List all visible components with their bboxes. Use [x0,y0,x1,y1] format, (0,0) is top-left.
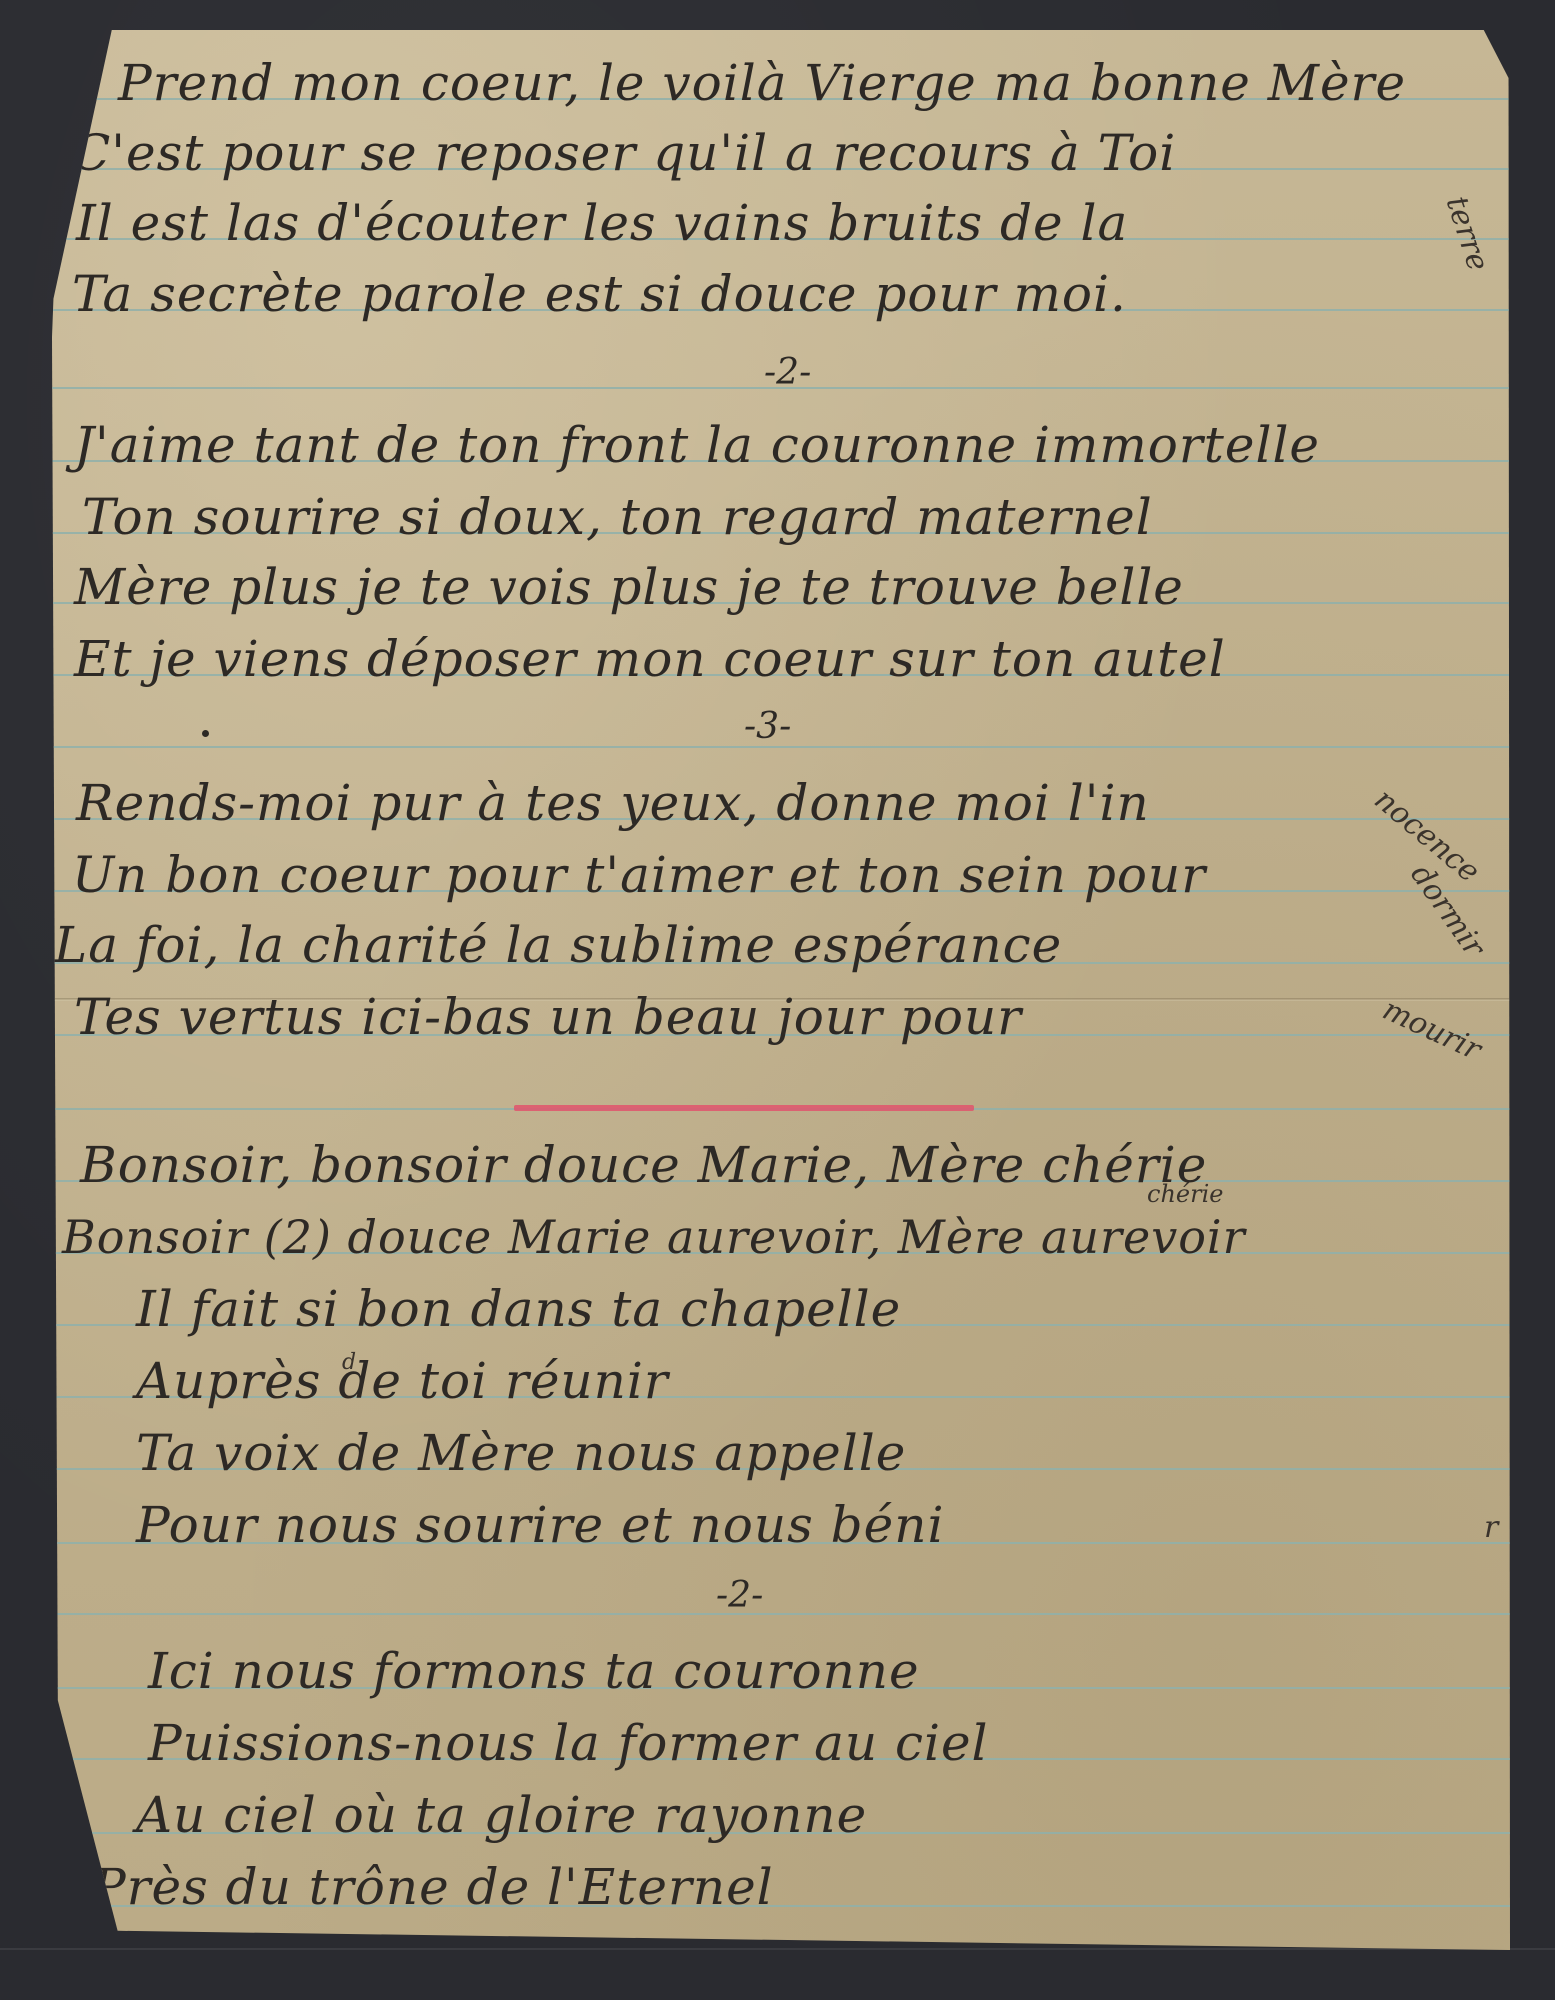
lyric-line: J'aime tant de ton front la couronne imm… [74,420,1320,470]
lyric-line: Prend mon coeur, le voilà Vierge ma bonn… [118,58,1406,108]
verse-number: -3- [744,706,791,747]
inserted-word: chérie [1147,1180,1223,1208]
lyric-line: Ici nous formons ta couronne [148,1646,920,1696]
lyric-line: Pour nous sourire et nous béni [136,1500,944,1550]
inserted-letter: d [342,1350,356,1375]
verse-number: -2- [764,352,811,393]
background-seam [0,1948,1555,1950]
lyric-line: Ta secrète parole est si douce pour moi. [72,269,1127,319]
red-divider-line [514,1105,974,1111]
lyric-line: Rends-moi pur à tes yeux, donne moi l'in [76,778,1150,828]
lyric-line: La foi, la charité la sublime espérance [54,920,1062,970]
lyric-line: Tes vertus ici-bas un beau jour pour [74,992,1022,1042]
ruled-line [52,1613,1510,1615]
lyric-line: Il fait si bon dans ta chapelle [136,1284,901,1334]
lyric-line: Ta voix de Mère nous appelle [136,1428,906,1478]
lyric-line: Au ciel où ta gloire rayonne [136,1790,867,1840]
ink-spot [202,730,209,737]
margin-note: mourir [1377,992,1486,1068]
lyric-line: Près du trône de l'Eternel [92,1862,774,1912]
verse-number: -2- [716,1575,763,1616]
lyric-line: Mère plus je te vois plus je te trouve b… [74,562,1184,612]
lyric-line: Bonsoir (2) douce Marie aurevoir, Mère a… [62,1214,1246,1260]
lyric-line: Et je viens déposer mon coeur sur ton au… [74,634,1226,684]
margin-note: r [1484,1510,1498,1545]
lyric-line: C'est pour se reposer qu'il a recours à … [72,128,1176,178]
lyric-line: Un bon coeur pour t'aimer et ton sein po… [72,850,1206,900]
lyric-line: Puissions-nous la former au ciel [148,1718,989,1768]
lined-paper-sheet: Prend mon coeur, le voilà Vierge ma bonn… [52,30,1510,1950]
lyric-line: Il est las d'écouter les vains bruits de… [76,198,1128,248]
margin-note: terre [1439,192,1496,275]
lyric-line: Bonsoir, bonsoir douce Marie, Mère chéri… [80,1140,1207,1190]
lyric-line: Ton sourire si doux, ton regard maternel [82,492,1153,542]
lyric-line: Auprès de toi réunir [136,1356,669,1406]
